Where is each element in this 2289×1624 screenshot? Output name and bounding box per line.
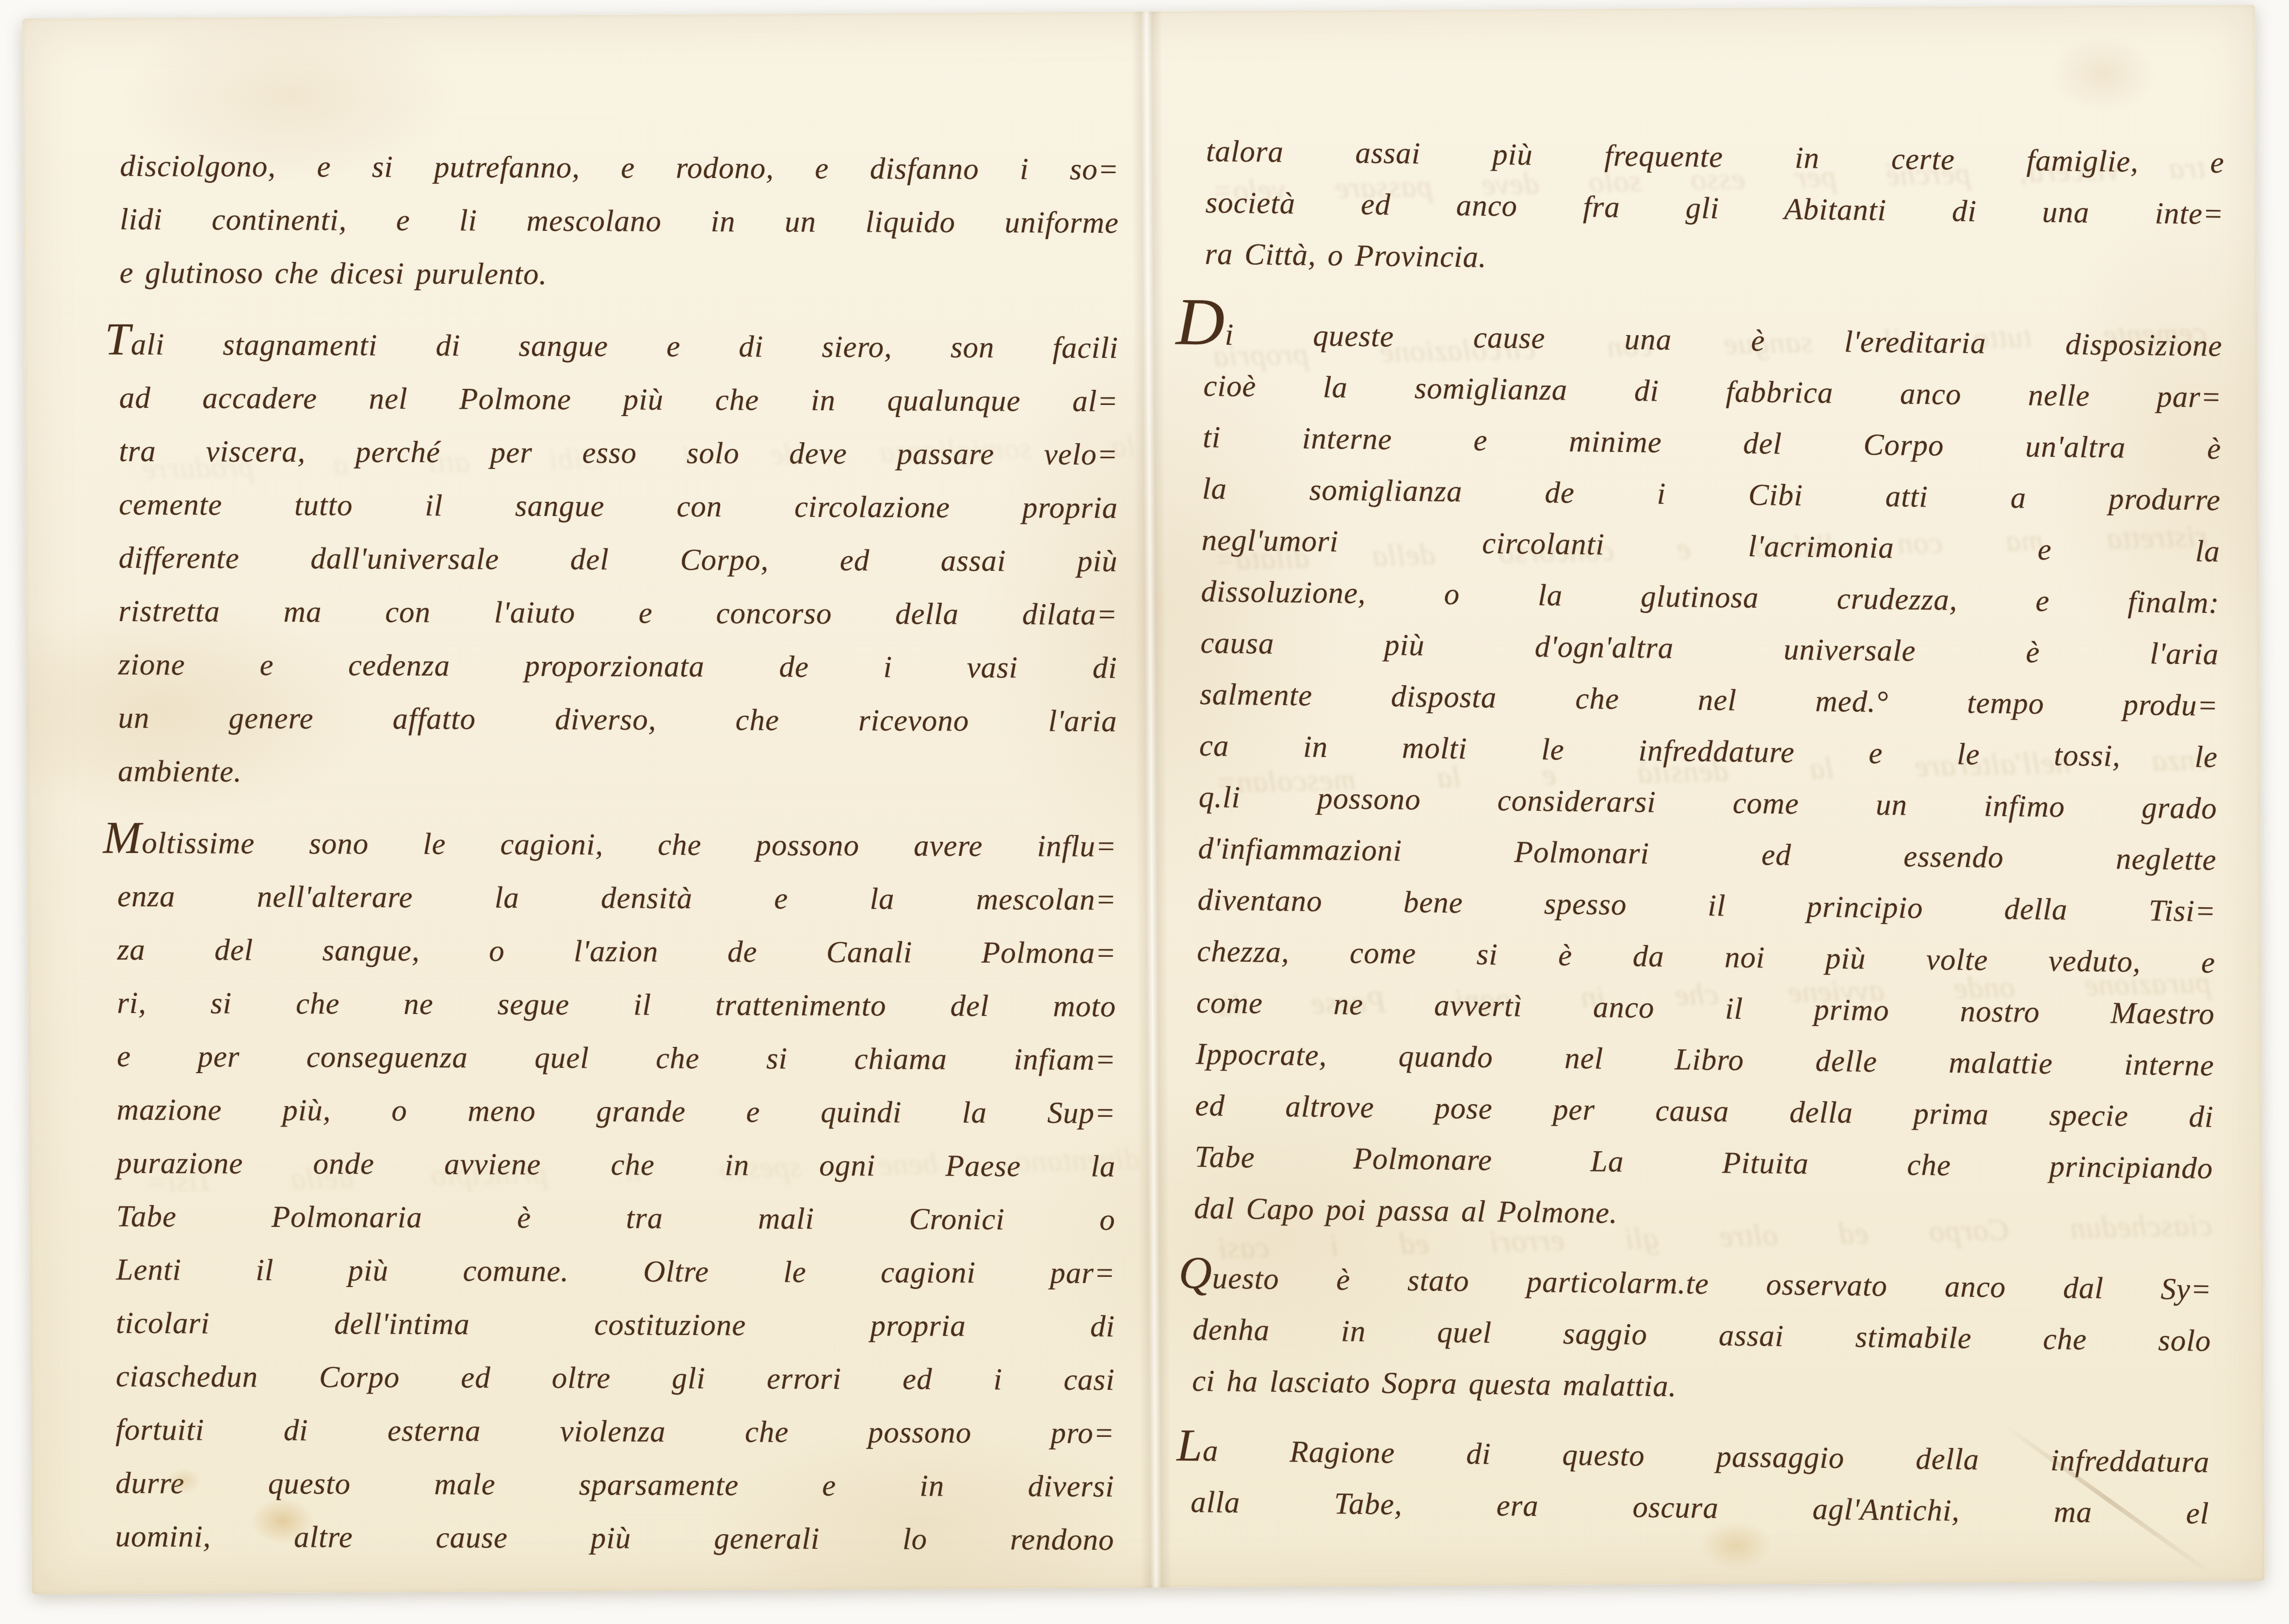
manuscript-line: ristretta ma con l'aiuto e concorso dell… bbox=[118, 584, 1117, 641]
manuscript-line: cemente tutto il sangue con circolazione… bbox=[119, 478, 1118, 534]
manuscript-line: ticolari dell'intima costituzione propri… bbox=[116, 1296, 1115, 1353]
manuscript-line: fortuiti di esterna violenza che possono… bbox=[115, 1403, 1114, 1460]
manuscript-line: Tali stagnamenti di sangue e di siero, s… bbox=[119, 318, 1118, 374]
manuscript-line: tra viscera, perché per esso solo deve p… bbox=[119, 424, 1118, 481]
manuscript-line: enza nell'alterare la densità e la mesco… bbox=[117, 869, 1116, 926]
manuscript-line: e glutinoso che dicesi purulento. bbox=[119, 246, 1118, 303]
manuscript-line: lidi continenti, e li mescolano in un li… bbox=[120, 193, 1119, 249]
manuscript-line: e per conseguenza quel che si chiama inf… bbox=[117, 1029, 1116, 1086]
manuscript-line: ambiente. bbox=[118, 744, 1117, 801]
manuscript-line: differente dall'universale del Corpo, ed… bbox=[118, 531, 1117, 588]
manuscript-line: Moltissime sono le cagioni, che possono … bbox=[117, 816, 1116, 873]
manuscript-line: purazione onde avviene che in ogni Paese… bbox=[116, 1136, 1115, 1193]
manuscript-line: ri, si che ne segue il trattenimento del… bbox=[117, 976, 1116, 1033]
right-page: talora assai più frequente in certe fami… bbox=[1191, 125, 2225, 1539]
manuscript-line: uomini, altre cause più generali lo rend… bbox=[115, 1510, 1114, 1566]
manuscript-line: un genere affatto diverso, che ricevono … bbox=[118, 691, 1117, 748]
stain bbox=[2049, 34, 2157, 113]
manuscript-line: ciaschedun Corpo ed oltre gli errori ed … bbox=[116, 1350, 1115, 1406]
manuscript-line: zione e cedenza proporzionata de i vasi … bbox=[118, 638, 1117, 694]
manuscript-line: mazione più, o meno grande e quindi la S… bbox=[116, 1083, 1115, 1140]
manuscript-line: Lenti il più comune. Oltre le cagioni pa… bbox=[116, 1243, 1115, 1300]
manuscript-line: ad accadere nel Polmone più che in qualu… bbox=[119, 371, 1118, 428]
left-page: disciolgono, e si putrefanno, e rodono, … bbox=[115, 139, 1119, 1566]
manuscript-line: za del sangue, o l'azion de Canali Polmo… bbox=[117, 923, 1116, 980]
manuscript-line: durre questo male sparsamente e in diver… bbox=[115, 1456, 1114, 1513]
manuscript-line: disciolgono, e si putrefanno, e rodono, … bbox=[120, 139, 1119, 196]
manuscript-line: alla Tabe, era oscura agl'Antichi, ma el bbox=[1191, 1476, 2209, 1539]
manuscript-line: Di queste cause una è l'ereditaria dispo… bbox=[1204, 298, 2223, 371]
manuscript-line: Tabe Polmonaria è tra mali Cronici o bbox=[116, 1190, 1115, 1246]
center-fold-crease bbox=[1131, 12, 1172, 1588]
manuscript-photo: la somiglianza de i Cibi atti a produrre… bbox=[0, 0, 2289, 1624]
manuscript-sheet: la somiglianza de i Cibi atti a produrre… bbox=[22, 5, 2265, 1594]
